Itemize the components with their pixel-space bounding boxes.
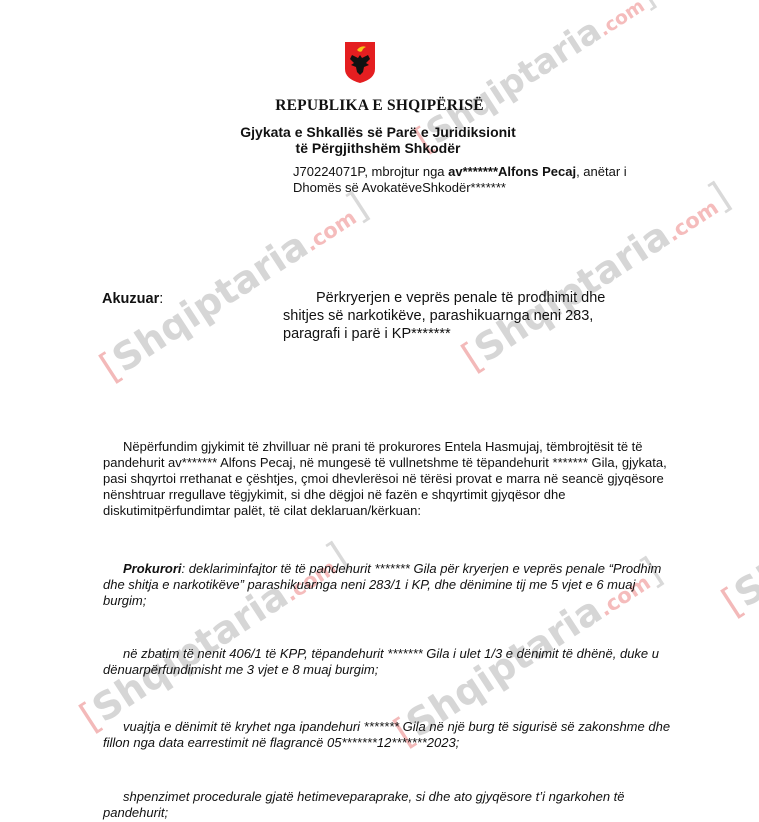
court-name-line1: Gjykata e Shkallës së Parë e Juridiksion… <box>213 124 543 140</box>
watermark-domain: .com <box>300 205 360 256</box>
intro-paragraph: Nëpërfundim gjykimit të zhvilluar në pra… <box>103 439 673 519</box>
watermark-brand: Shqiptaria <box>726 458 759 616</box>
bar-association: Dhomës së AvokatëveShkodër******* <box>293 180 693 196</box>
watermark-bracket: [ <box>92 344 128 389</box>
accused-colon: : <box>159 291 163 307</box>
accused-label-text: Akuzuar <box>102 291 159 307</box>
lawyer-name: av*******Alfons Pecaj <box>448 164 576 179</box>
accused-label: Akuzuar: <box>102 291 163 307</box>
republic-title: REPUBLIKA E SHQIPËRISË <box>0 97 759 115</box>
watermark: [Shqiptaria.com] <box>92 184 375 389</box>
reduction-paragraph: në zbatim të nenit 406/1 të KPP, tëpande… <box>103 646 673 678</box>
execution-paragraph: vuajtja e dënimit të kryhet nga ipandehu… <box>103 719 673 751</box>
court-name-line2: të Përgjithshëm Shkodër <box>213 140 543 156</box>
albanian-coat-of-arms-icon <box>344 41 376 84</box>
watermark-bracket: ] <box>629 0 662 17</box>
watermark-domain: .com <box>595 0 649 41</box>
costs-paragraph: shpenzimet procedurale gjatë hetimevepar… <box>103 789 673 821</box>
watermark: [Shqiptaria.com] <box>454 174 737 379</box>
prosecutor-text: : deklariminfajtor të të pandehurit ****… <box>103 561 661 608</box>
document-page: [Shqiptaria.com] [Shqiptaria.com] [Shqip… <box>0 0 759 822</box>
watermark-domain: .com <box>662 195 722 246</box>
defendant-info: J70224071P, mbrojtur nga av*******Alfons… <box>293 164 693 196</box>
watermark-bracket: ] <box>701 174 737 219</box>
court-name: Gjykata e Shkallës së Parë e Juridiksion… <box>213 124 543 156</box>
defendant-id: J70224071P, mbrojtur nga <box>293 164 448 179</box>
prosecutor-label: Prokurori <box>123 561 182 576</box>
accused-charge: Përkryerjen e veprës penale të prodhimit… <box>283 289 613 343</box>
defendant-info-text: , anëtar i <box>576 164 627 179</box>
watermark: [Shqiptaria <box>714 458 759 624</box>
watermark-bracket: [ <box>714 579 750 624</box>
prosecutor-paragraph: Prokurori: deklariminfajtor të të pandeh… <box>103 561 673 609</box>
